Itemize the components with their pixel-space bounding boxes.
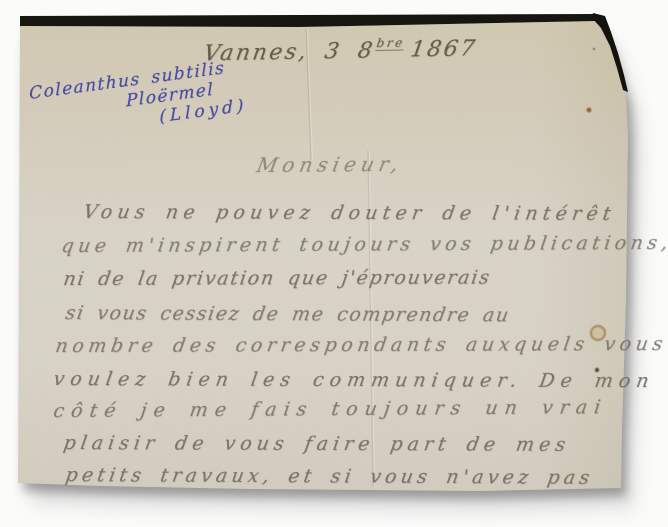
handwriting-line-7: côté je me fais toujours un vrai bbox=[52, 398, 609, 421]
handwriting-line-6: voulez bien les communiquer. De mon bbox=[52, 370, 656, 391]
scanned-letter-page: Vannes, 3 8bre1867 Coleanthus subtilis P… bbox=[0, 0, 668, 527]
salutation: Monsieur, bbox=[255, 154, 405, 175]
date-superscript: bre bbox=[375, 36, 405, 51]
handwriting-line-5: nombre des correspondants auxquels vous bbox=[54, 335, 668, 356]
date-year: 1867 bbox=[409, 37, 479, 63]
handwriting-line-2: que m'inspirent toujours vos publication… bbox=[60, 234, 668, 256]
handwriting-line-3: ni de la privation que j'éprouverais bbox=[62, 269, 492, 289]
handwriting-line-1: Vous ne pouvez douter de l'intérêt bbox=[82, 203, 617, 224]
handwriting-line-4: si vous cessiez de me comprendre au bbox=[64, 304, 511, 325]
date-line: Vannes, 3 8bre1867 bbox=[202, 37, 479, 65]
handwriting-line-9: petits travaux, et si vous n'avez pas bbox=[64, 466, 595, 488]
handwriting-line-8: plaisir de vous faire part de mes bbox=[62, 434, 572, 455]
